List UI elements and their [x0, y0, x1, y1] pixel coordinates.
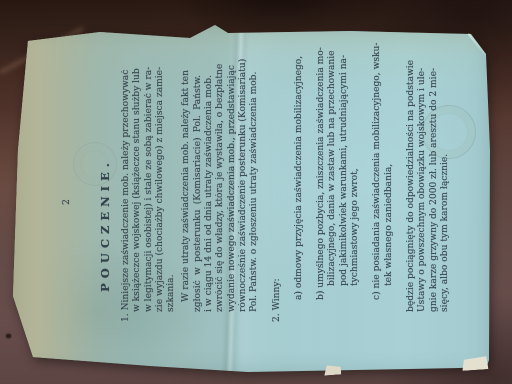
document-line: w książeczce wojskowej (książeczce stanu… — [132, 32, 143, 372]
document-line: pod jakimikolwiek warunkami, utrudniając… — [339, 32, 350, 372]
document-line: równocześnie zaświadczenie posterunku (K… — [238, 32, 249, 372]
document-line: bilizacyjnego, dania w zastaw lub na prz… — [327, 32, 338, 372]
document-line: b) umyślnego pozbycia, zniszczenia zaświ… — [316, 32, 327, 372]
document-line: 2. Winny: — [272, 32, 283, 372]
document-title: POUCZENIE. — [98, 32, 112, 372]
document-line: Ustawy o powszechnym obowiązku wojskowym… — [417, 32, 428, 372]
paper-shadow-wrap: 2 POUCZENIE. 1. Niniejsze zaświadczenie … — [0, 0, 512, 384]
document-paper: 2 POUCZENIE. 1. Niniejsze zaświadczenie … — [13, 24, 490, 373]
document-line: wydanie nowego zaświadczenia mob., przed… — [227, 32, 238, 372]
document-line: tek własnego zaniedbania, — [384, 32, 395, 372]
document-line: Pol. Państw. o zgłoszeniu utraty zaświad… — [249, 32, 260, 372]
document-line: sięcy, albo obu tym karom łącznie. — [440, 32, 451, 372]
document-line: i w ciągu 14 dni od dnia utraty zaświadc… — [204, 32, 215, 372]
photo-background: 2 POUCZENIE. 1. Niniejsze zaświadczenie … — [0, 0, 512, 384]
document-line: będzie pociągnięty do odpowiedzialności … — [406, 32, 417, 372]
document-body: 1. Niniejsze zaświadczenie mob. należy p… — [121, 32, 451, 372]
document-line: zwrócić się do władzy, która je wystawił… — [215, 32, 226, 372]
document-line: szkania. — [166, 32, 177, 372]
document-line: gnie karze grzywny do 2000 zł. lub aresz… — [429, 32, 440, 372]
document-page: 2 POUCZENIE. 1. Niniejsze zaświadczenie … — [17, 32, 487, 372]
document-line: zie wyjazdu (chociażby chwilowego) z mie… — [155, 32, 166, 372]
document-line: W razie utraty zaświadczenia mob. należy… — [181, 32, 192, 372]
document-line: tychmiastowy jego zwrot, — [350, 32, 361, 372]
document-line: 1. Niniejsze zaświadczenie mob. należy p… — [121, 32, 132, 372]
document-line: c) nie posiadania zaświadczenia mobiliza… — [372, 32, 383, 372]
document-line: zgłosić w posterunku (Komisariacie) Pol.… — [193, 32, 204, 372]
document-line: w legitymacji osobistej) i stale ze sobą… — [144, 32, 155, 372]
page-number: 2 — [17, 32, 74, 372]
document-line: a) odmowy przyjęcia zaświadczenia mobili… — [294, 32, 305, 372]
